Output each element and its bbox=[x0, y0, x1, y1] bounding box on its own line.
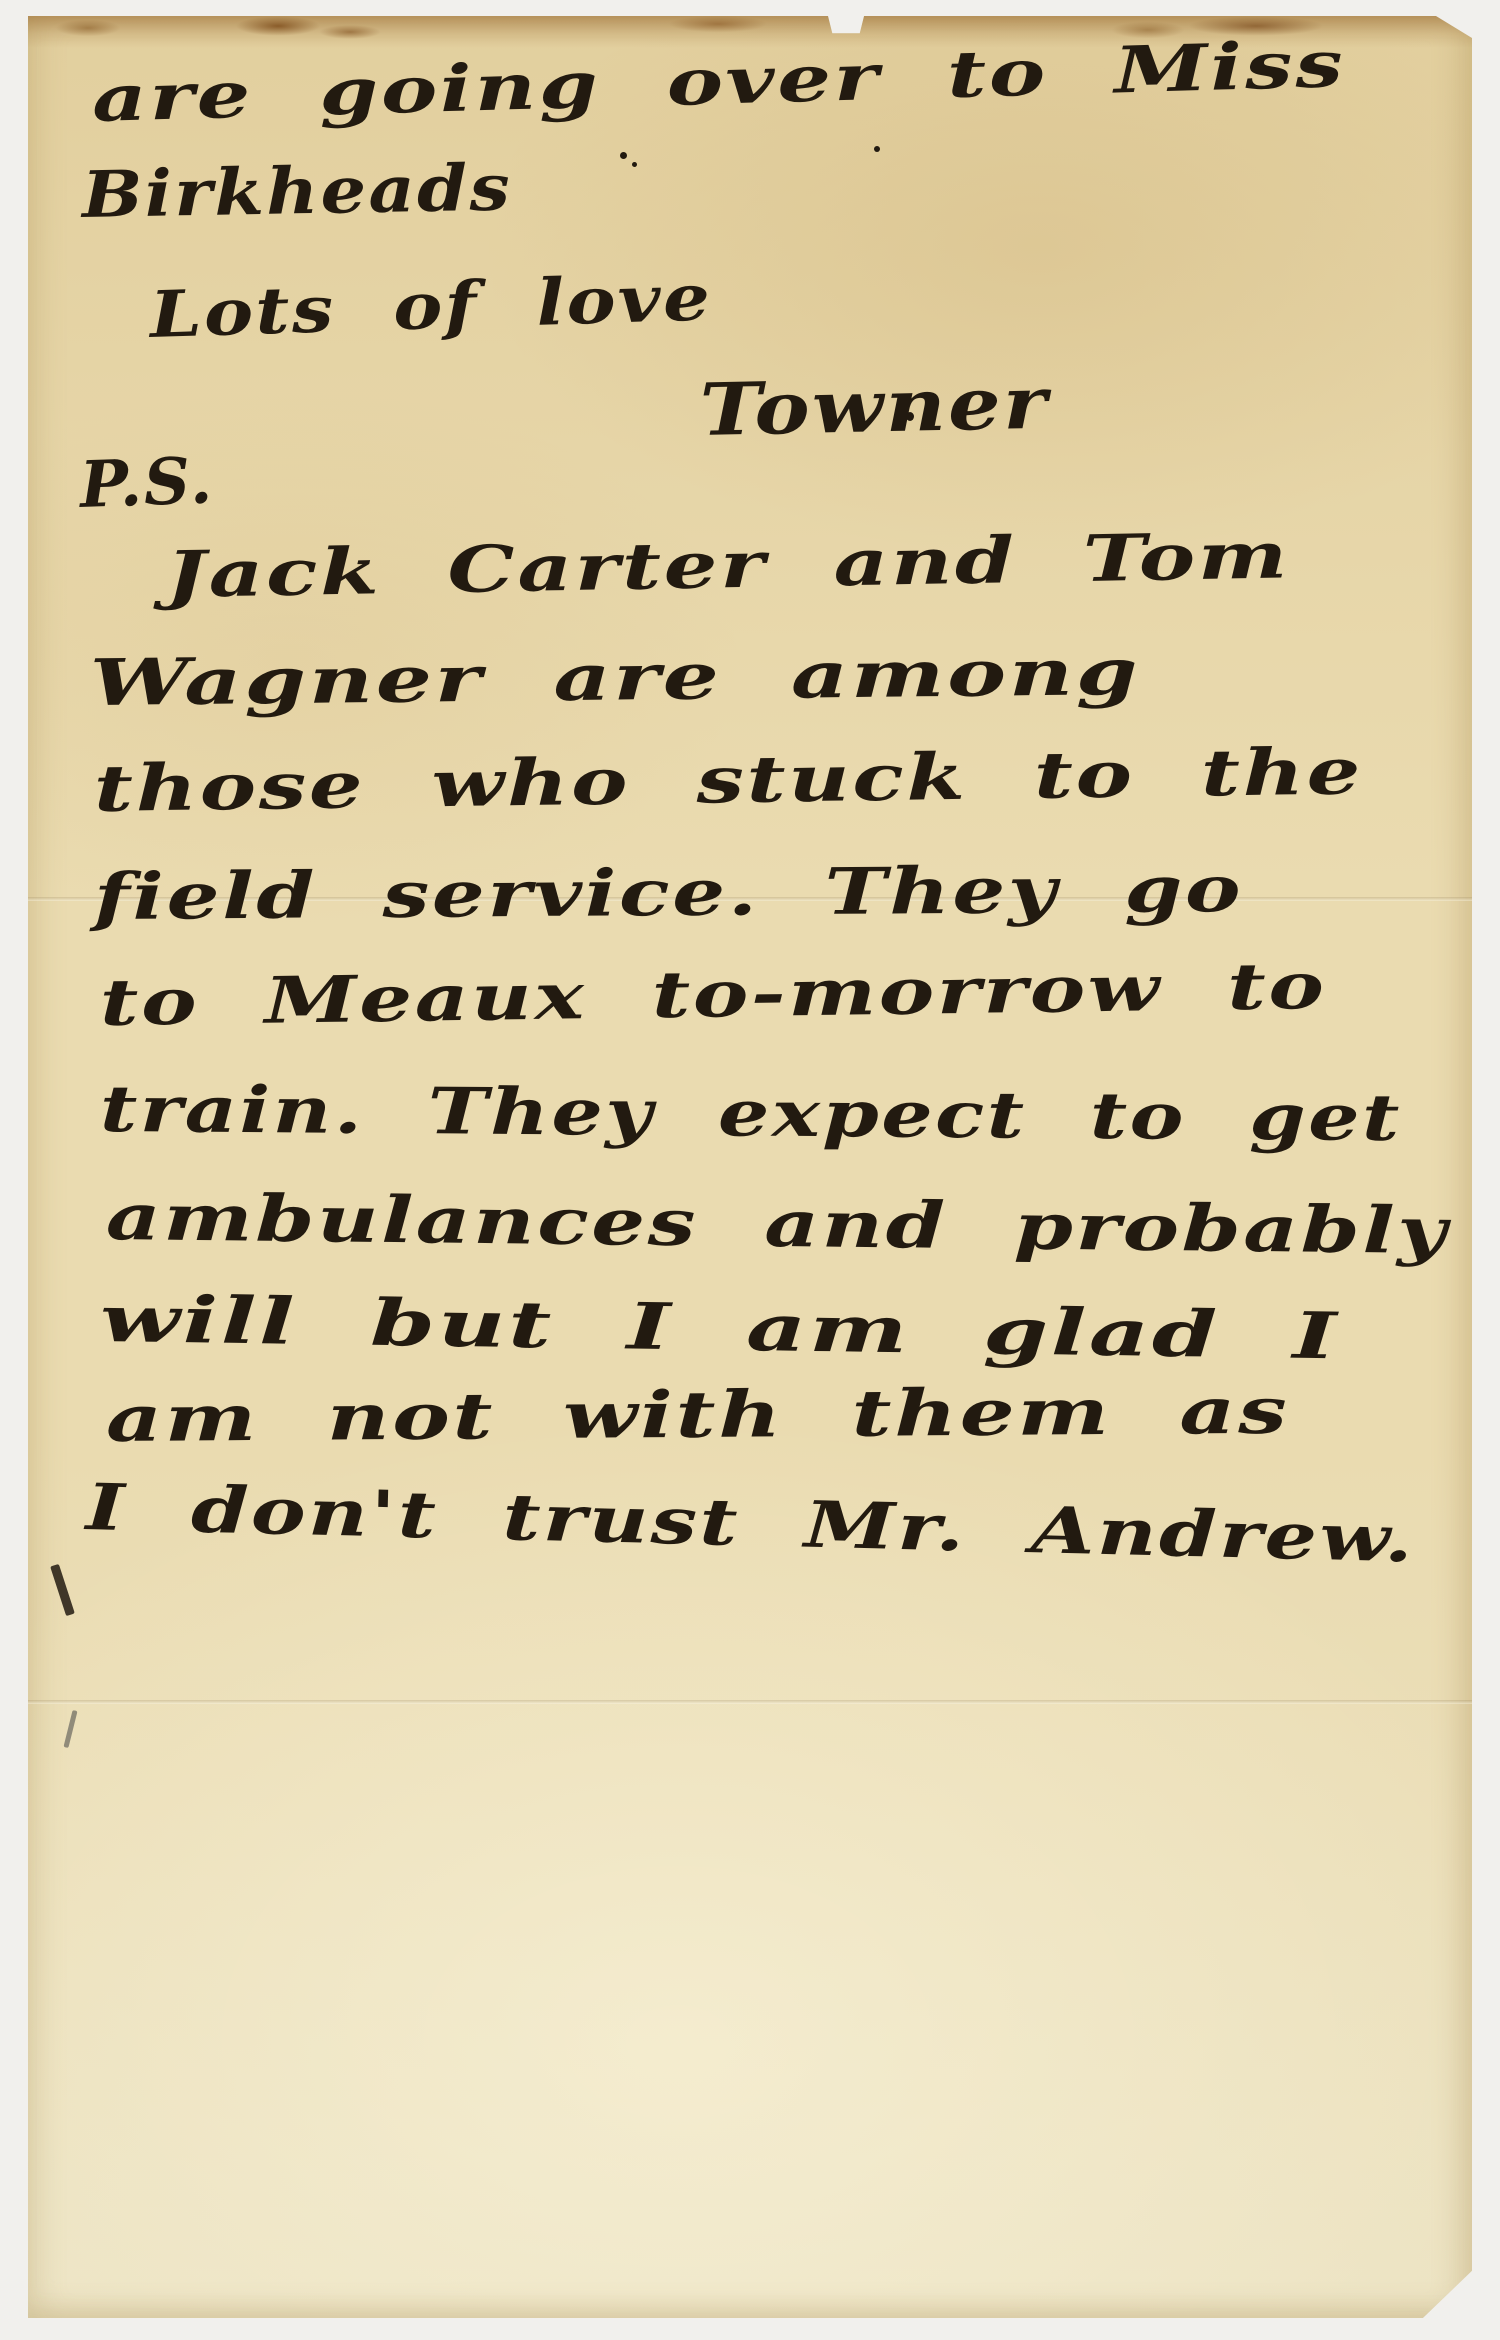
letter-line: field service. They go bbox=[94, 858, 1243, 930]
ink-smudge bbox=[50, 1564, 75, 1616]
letter-line: am not with them as bbox=[106, 1380, 1290, 1452]
letter-line: Lots of love bbox=[149, 266, 713, 348]
signature: Towner bbox=[699, 367, 1049, 446]
letter-line: to Meaux to-morrow to bbox=[100, 955, 1327, 1036]
letter-paper: are going over to Miss Birkheads Lots of… bbox=[28, 16, 1472, 2318]
fold-crease bbox=[28, 1700, 1472, 1704]
ink-speck bbox=[874, 146, 880, 152]
postscript-label: P.S. bbox=[79, 449, 215, 518]
letter-line: Jack Carter and Tom bbox=[165, 524, 1290, 608]
letter-line: I don't trust Mr. Andrew. bbox=[85, 1476, 1416, 1572]
ink-speck bbox=[906, 412, 914, 421]
letter-line: train. They expect to get bbox=[100, 1078, 1402, 1151]
letter-line: ambulances and probably bbox=[106, 1186, 1450, 1264]
ink-speck bbox=[620, 152, 627, 159]
letter-line: Wagner are among bbox=[90, 641, 1141, 716]
letter-line: will but I am glad I bbox=[100, 1288, 1340, 1369]
letter-line: those who stuck to the bbox=[94, 740, 1364, 822]
ink-speck bbox=[632, 162, 637, 167]
pencil-mark bbox=[63, 1710, 77, 1748]
scan-background: are going over to Miss Birkheads Lots of… bbox=[0, 0, 1500, 2340]
letter-line: Birkheads bbox=[81, 156, 512, 227]
